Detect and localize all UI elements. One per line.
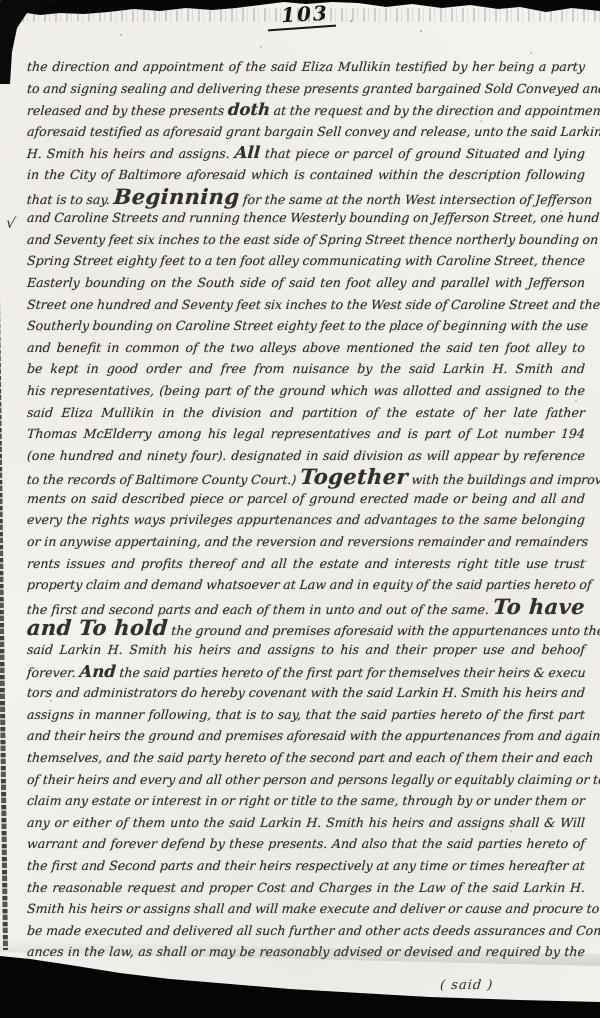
line-text: claim any estate or interest in or right…	[26, 793, 585, 808]
handwritten-line: and Caroline Streets and running thence …	[26, 207, 586, 229]
line-text: and Caroline Streets and running thence …	[26, 210, 600, 225]
page-number: 103	[271, 0, 338, 27]
handwritten-line: claim any estate or interest in or right…	[26, 790, 586, 812]
handwritten-line: and benefit in common of the two alleys …	[26, 337, 586, 359]
line-text: (one hundred and ninety four). designate…	[26, 448, 585, 463]
line-text: for the same at the north West intersect…	[239, 192, 593, 207]
handwritten-line: Southerly bounding on Caroline Street ei…	[26, 315, 586, 337]
handwritten-line: of their heirs and every and all other p…	[26, 769, 586, 791]
handwritten-line: H. Smith his heirs and assigns. All that…	[26, 142, 586, 164]
handwritten-line: or in anywise appertaining, and the reve…	[26, 531, 586, 553]
line-text: be kept in good order and free from nuis…	[26, 361, 585, 376]
line-text: assigns in manner following, that is to …	[26, 707, 585, 722]
emphasized-word: To have	[492, 594, 586, 619]
emphasized-word: And	[79, 662, 117, 681]
handwritten-line: ments on said described piece or parcel …	[26, 488, 586, 510]
handwritten-line: said Larkin H. Smith his heirs and assig…	[26, 639, 586, 661]
line-text: Easterly bounding on the South side of s…	[26, 275, 585, 290]
catchword: ( said )	[439, 978, 494, 993]
handwritten-line: warrant and forever defend by these pres…	[26, 833, 586, 855]
line-text: that is to say.	[26, 192, 114, 207]
line-text: Street one hundred and Seventy feet six …	[26, 297, 600, 312]
line-text: his representatives, (being part of the …	[26, 383, 585, 398]
handwritten-line: the direction and appointment of the sai…	[26, 56, 586, 78]
handwritten-line: every the rights ways privileges appurte…	[26, 509, 586, 531]
handwritten-line: be kept in good order and free from nuis…	[26, 358, 586, 380]
emphasized-word: All	[234, 143, 261, 162]
line-text: said Larkin H. Smith his heirs and assig…	[26, 642, 585, 657]
line-text: of their heirs and every and all other p…	[26, 772, 600, 787]
handwritten-line: and Seventy feet six inches to the east …	[26, 229, 586, 251]
line-text: warrant and forever defend by these pres…	[26, 836, 585, 851]
line-text: released and by these presents	[26, 103, 228, 118]
line-text: rents issues and profits thereof and all…	[26, 556, 585, 571]
handwritten-line: his representatives, (being part of the …	[26, 380, 586, 402]
handwritten-line: and their heirs the ground and premises …	[26, 725, 586, 747]
line-text: every the rights ways privileges appurte…	[26, 512, 585, 527]
handwritten-line: to the records of Baltimore County Court…	[26, 466, 586, 488]
book-gutter-edge	[0, 12, 8, 950]
line-text: Smith his heirs or assigns shall and wil…	[26, 901, 599, 916]
handwritten-line: to and signing sealing and delivering th…	[26, 78, 586, 100]
line-text: and Seventy feet six inches to the east …	[26, 232, 598, 247]
line-text: in the City of Baltimore aforesaid which…	[26, 167, 585, 182]
handwritten-line: Thomas McElderry among his legal represe…	[26, 423, 586, 445]
line-text: H. Smith his heirs and assigns.	[26, 146, 235, 161]
line-text: said Eliza Mullikin in the division and …	[26, 405, 585, 420]
line-text: at the request and by the direction and …	[270, 103, 600, 118]
handwritten-line: the reasonable request and proper Cost a…	[26, 877, 586, 899]
line-text: property claim and demand whatsoever at …	[26, 577, 592, 592]
emphasized-word: Together	[299, 464, 409, 489]
handwritten-line: in the City of Baltimore aforesaid which…	[26, 164, 586, 186]
line-text: that piece or parcel of ground Situated …	[260, 146, 586, 161]
handwritten-line: themselves, and the said party hereto of…	[26, 747, 586, 769]
emphasized-word: and To hold	[26, 615, 169, 640]
line-text: or in anywise appertaining, and the reve…	[26, 534, 588, 549]
handwritten-line: be made executed and delivered all such …	[26, 920, 586, 942]
line-text: the direction and appointment of the sai…	[26, 59, 585, 74]
line-text: tors and administrators do hereby covena…	[26, 685, 585, 700]
document-lines: the direction and appointment of the sai…	[27, 56, 585, 963]
handwritten-line: Easterly bounding on the South side of s…	[26, 272, 586, 294]
line-text: Spring Street eighty feet to a ten foot …	[26, 253, 585, 268]
line-text: Southerly bounding on Caroline Street ei…	[26, 318, 588, 333]
line-text: ments on said described piece or parcel …	[26, 491, 585, 506]
line-text: and benefit in common of the two alleys …	[26, 340, 585, 355]
line-text: to the records of Baltimore County Court…	[26, 472, 300, 487]
line-text: and their heirs the ground and premises …	[26, 728, 600, 743]
line-text: the said parties hereto of the first par…	[115, 665, 586, 680]
line-text: the first and Second parts and their hei…	[26, 858, 585, 873]
line-text: any or either of them unto the said Lark…	[26, 815, 585, 830]
handwritten-line: aforesaid testified as aforesaid grant b…	[26, 121, 586, 143]
handwritten-line: forever. And the said parties hereto of …	[26, 661, 586, 683]
paper-speckles	[0, 0, 2, 2]
handwritten-line: rents issues and profits thereof and all…	[26, 553, 586, 575]
line-text: to and signing sealing and delivering th…	[26, 81, 600, 96]
handwritten-line: said Eliza Mullikin in the division and …	[26, 402, 586, 424]
handwritten-line: property claim and demand whatsoever at …	[26, 574, 586, 596]
handwritten-line: the first and Second parts and their hei…	[26, 855, 586, 877]
emphasized-word: doth	[227, 100, 271, 119]
line-text: the reasonable request and proper Cost a…	[26, 880, 585, 895]
handwritten-line: Spring Street eighty feet to a ten foot …	[26, 250, 586, 272]
line-text: with the buildings and improve	[407, 472, 600, 487]
handwritten-line: released and by these presents doth at t…	[26, 99, 586, 121]
emphasized-word: Beginning	[113, 184, 241, 209]
line-text: themselves, and the said party hereto of…	[26, 750, 593, 765]
margin-check-icon: √	[5, 213, 17, 232]
line-text: be made executed and delivered all such …	[26, 923, 600, 938]
handwritten-line: that is to say. Beginning for the same a…	[26, 186, 586, 208]
handwritten-line: and To hold the ground and premises afor…	[26, 617, 586, 639]
line-text: aforesaid testified as aforesaid grant b…	[26, 124, 600, 139]
handwritten-line: Street one hundred and Seventy feet six …	[26, 294, 586, 316]
line-text: forever.	[26, 665, 80, 680]
handwritten-line: assigns in manner following, that is to …	[26, 704, 586, 726]
handwritten-line: any or either of them unto the said Lark…	[26, 812, 586, 834]
handwritten-line: Smith his heirs or assigns shall and wil…	[26, 898, 586, 920]
handwritten-line: tors and administrators do hereby covena…	[26, 682, 586, 704]
line-text: Thomas McElderry among his legal represe…	[26, 426, 585, 441]
line-text: the ground and premises aforesaid with t…	[167, 623, 600, 638]
